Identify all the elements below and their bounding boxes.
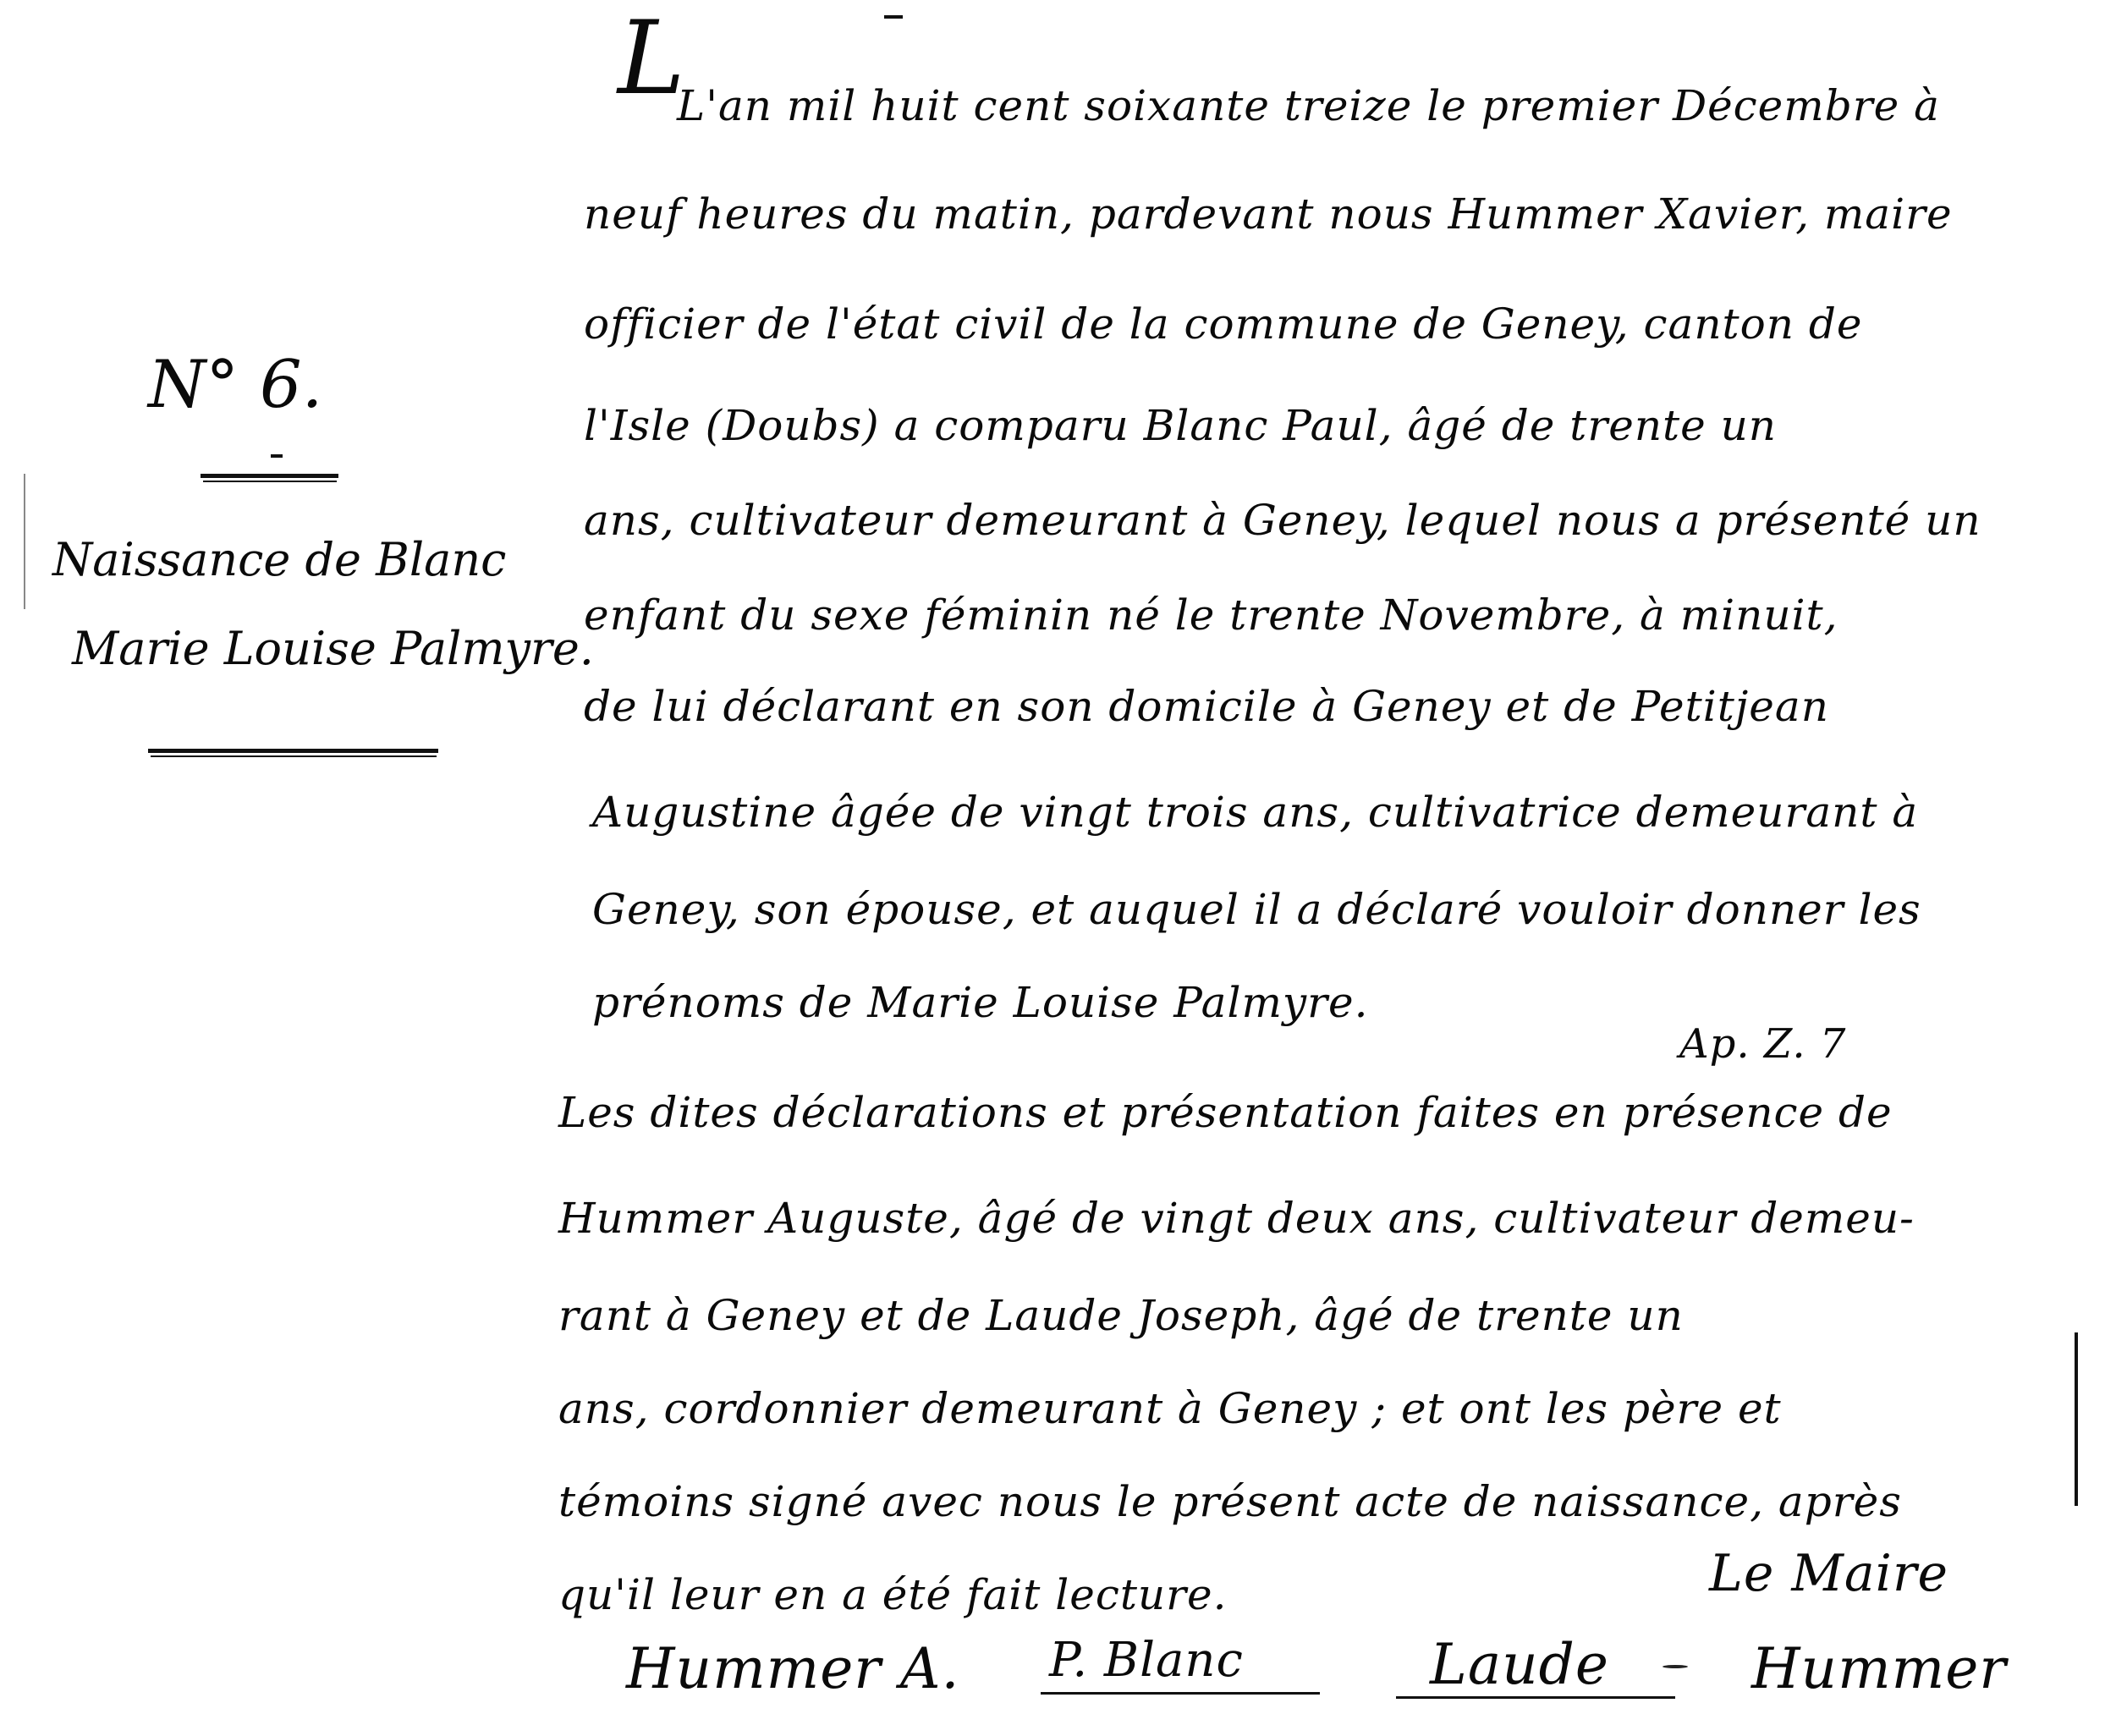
- body-line: prénoms de Marie Louise Palmyre.: [592, 981, 1369, 1024]
- document-page: N° 6. Naissance de Blanc Marie Louise Pa…: [0, 0, 2127, 1736]
- signature-mayor: Hummer: [1751, 1641, 2007, 1697]
- signature-blanc: P. Blanc: [1049, 1637, 1244, 1684]
- body-line: ans, cultivateur demeurant à Geney, lequ…: [584, 499, 1981, 541]
- margin-rule-top-2: [203, 481, 337, 482]
- body-line: L'an mil huit cent soixante treize le pr…: [677, 85, 1940, 127]
- top-mark: [884, 15, 903, 19]
- scan-speck: [1663, 1665, 1688, 1668]
- margin-rule-bottom: [148, 749, 438, 753]
- margin-title-line1: Naissance de Blanc: [52, 533, 506, 586]
- body-line: Augustine âgée de vingt trois ans, culti…: [592, 791, 1918, 833]
- signature-hummer-auguste: Hummer A.: [626, 1641, 959, 1697]
- witness-line: témoins signé avec nous le présent acte …: [558, 1481, 1902, 1523]
- signature-laude: Laude: [1430, 1637, 1609, 1693]
- left-edge-mark: [24, 474, 25, 609]
- witness-line: ans, cordonnier demeurant à Geney ; et o…: [558, 1387, 1782, 1430]
- witness-line: Hummer Auguste, âgé de vingt deux ans, c…: [558, 1197, 1915, 1239]
- signature-underline-blanc: [1041, 1692, 1320, 1695]
- right-edge-mark: [2075, 1332, 2078, 1506]
- margin-rule-bottom-2: [151, 755, 437, 757]
- body-line: officier de l'état civil de la commune d…: [584, 303, 1862, 345]
- witness-line: qu'il leur en a été fait lecture.: [558, 1574, 1228, 1616]
- margin-title-line2: Marie Louise Palmyre.: [72, 622, 594, 675]
- approval-note: Ap. Z. 7: [1679, 1024, 1846, 1064]
- mayor-label: Le Maire: [1709, 1548, 1948, 1599]
- body-line: de lui déclarant en son domicile à Geney…: [584, 685, 1829, 728]
- body-line: neuf heures du matin, pardevant nous Hum…: [584, 193, 1953, 235]
- witness-line: rant à Geney et de Laude Joseph, âgé de …: [558, 1294, 1684, 1337]
- signature-underline-laude: [1396, 1696, 1675, 1699]
- margin-rule-top: [201, 474, 338, 478]
- record-number: N° 6.: [148, 347, 322, 423]
- witness-line: Les dites déclarations et présentation f…: [558, 1091, 1893, 1134]
- body-line: Geney, son épouse, et auquel il a déclar…: [592, 888, 1921, 931]
- margin-dash: [271, 454, 283, 458]
- initial-capital: L: [618, 8, 686, 110]
- body-line: l'Isle (Doubs) a comparu Blanc Paul, âgé…: [584, 404, 1777, 447]
- body-line: enfant du sexe féminin né le trente Nove…: [584, 594, 1838, 636]
